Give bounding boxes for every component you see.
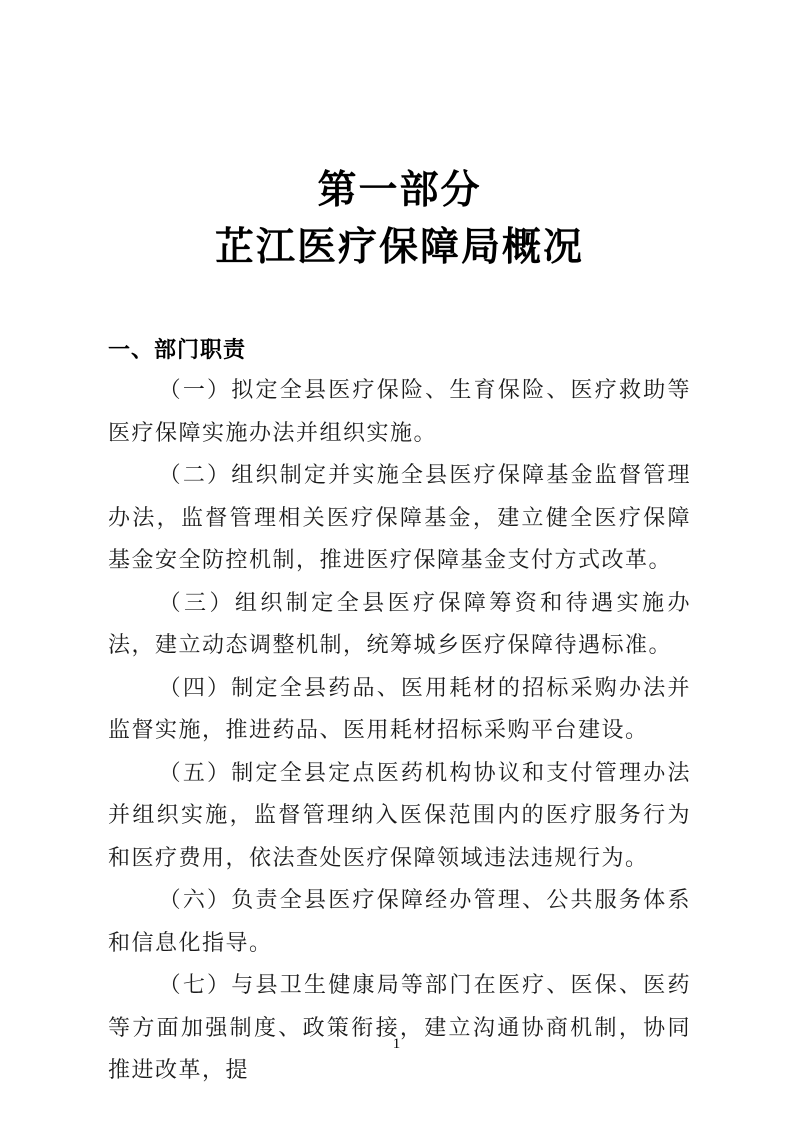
paragraph-duty-7: （七）与县卫生健康局等部门在医疗、医保、医药等方面加强制度、政策衔接，建立沟通协…: [108, 964, 691, 1092]
section-heading: 一、部门职责: [108, 334, 691, 366]
document-page: 第一部分 芷江医疗保障局概况 一、部门职责 （一）拟定全县医疗保险、生育保险、医…: [0, 0, 793, 1122]
paragraph-duty-6: （六）负责全县医疗保障经办管理、公共服务体系和信息化指导。: [108, 879, 691, 964]
paragraph-duty-3: （三）组织制定全县医疗保障筹资和待遇实施办法，建立动态调整机制，统筹城乡医疗保障…: [108, 582, 691, 667]
part-title: 第一部分: [108, 0, 691, 219]
paragraph-duty-5: （五）制定全县定点医药机构协议和支付管理办法并组织实施，监督管理纳入医保范围内的…: [108, 752, 691, 880]
page-number: 1: [0, 1036, 793, 1053]
doc-title: 芷江医疗保障局概况: [108, 219, 691, 276]
paragraph-duty-2: （二）组织制定并实施全县医疗保障基金监督管理办法，监督管理相关医疗保障基金，建立…: [108, 454, 691, 582]
paragraph-duty-4: （四）制定全县药品、医用耗材的招标采购办法并监督实施，推进药品、医用耗材招标采购…: [108, 667, 691, 752]
paragraph-duty-1: （一）拟定全县医疗保险、生育保险、医疗救助等医疗保障实施办法并组织实施。: [108, 369, 691, 454]
